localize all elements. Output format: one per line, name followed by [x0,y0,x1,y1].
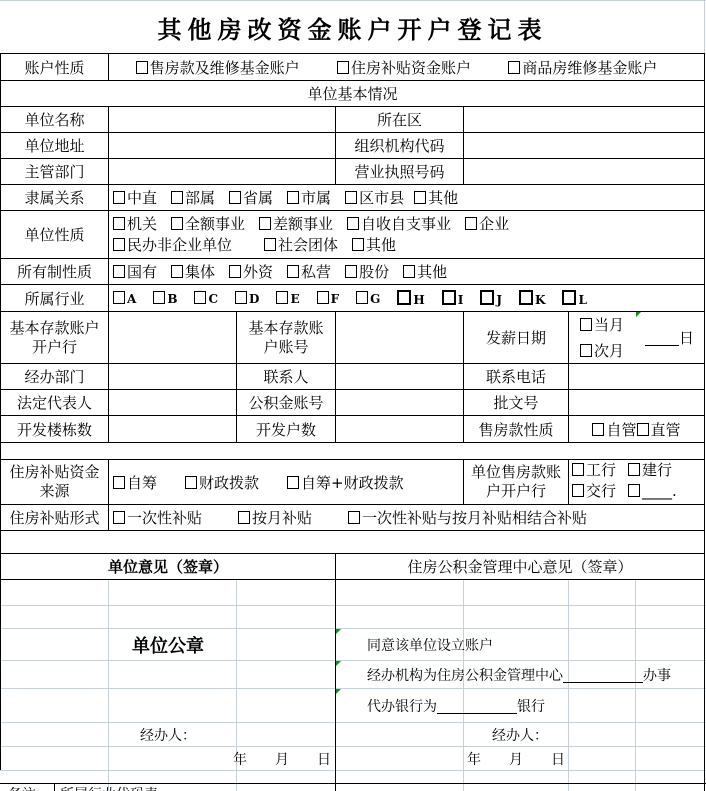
unit-nature-options: 机关 全额事业 差额事业 自收自支事业 企业 民办非企业单位 社会团体 其他 [108,210,705,259]
industry-option-b[interactable]: B [153,291,177,306]
form-title: 其他房改资金账户开户登记表 [1,1,704,53]
sale-nature-option-direct[interactable]: 直管 [637,419,681,440]
checkbox-icon[interactable] [136,61,148,74]
checkbox-icon[interactable] [337,61,349,74]
household-count-label: 开发户数 [236,415,336,443]
center-date: 年月日 [336,747,704,770]
checkbox-icon[interactable] [113,476,125,489]
pay-option-next-month[interactable]: 次月 [568,337,636,364]
section-basic-header: 单位基本情况 [0,80,705,107]
account-option-commercial[interactable]: 商品房维修基金账户 [508,57,657,78]
comment-marker [636,312,641,317]
checkbox-icon[interactable] [348,511,360,524]
checkbox-icon[interactable] [508,61,520,74]
industry-option-l[interactable]: L [562,290,586,307]
agency-blank[interactable] [563,667,643,683]
checkbox-icon[interactable] [259,217,271,230]
unit-seal: 单位公章 [2,625,334,665]
checkbox-icon[interactable] [171,217,183,230]
ownership-option[interactable]: 集体 [171,261,215,282]
spacer-row [0,442,705,460]
unit-handler-label: 经办人： [1,723,335,746]
account-nature-options: 售房款及维修基金账户 住房补贴资金账户 商品房维修基金账户 [108,53,705,81]
org-code-field[interactable] [463,132,705,159]
unit-nature-option[interactable]: 企业 [465,214,509,235]
checkbox-icon[interactable] [113,511,125,524]
fund-account-label: 公积金账号 [236,389,336,416]
license-no-field[interactable] [463,158,705,185]
checkbox-icon[interactable] [414,191,426,204]
industry-option-a[interactable]: A [113,291,136,306]
sale-nature-options: 自管 直管 [568,415,705,443]
affiliation-option[interactable]: 区市县 [345,187,404,208]
account-nature-label: 账户性质 [0,53,109,81]
ownership-option[interactable]: 外资 [229,261,273,282]
ownership-option[interactable]: 私营 [287,261,331,282]
unit-nature-option[interactable]: 其他 [352,235,396,256]
checkbox-icon[interactable] [480,290,494,305]
subsidy-source-option[interactable]: 自筹 [113,472,157,493]
subsidy-form-option[interactable]: 按月补贴 [238,507,312,528]
unit-nature-option[interactable]: 差额事业 [259,214,333,235]
ownership-label: 所有制性质 [0,258,109,285]
comment-marker [336,661,341,666]
checkbox-icon[interactable] [347,217,359,230]
checkbox-icon[interactable] [519,290,533,305]
handling-dept-label: 经办部门 [0,363,109,390]
subsidy-form-label: 住房补贴形式 [0,504,109,531]
supervisor-dept-field[interactable] [108,158,336,185]
checkbox-icon[interactable] [403,265,415,278]
checkbox-icon[interactable] [442,290,456,305]
deposit-bank-field[interactable] [108,311,237,364]
account-option-sale[interactable]: 售房款及维修基金账户 [136,57,300,78]
checkbox-icon[interactable] [113,217,125,230]
checkbox-icon[interactable] [345,265,357,278]
checkbox-icon[interactable] [628,463,640,476]
affiliation-option[interactable]: 省属 [229,187,273,208]
unit-nature-option[interactable]: 自收自支事业 [347,214,451,235]
checkbox-icon[interactable] [397,290,411,305]
checkbox-icon[interactable] [276,291,288,304]
checkbox-icon[interactable] [580,344,592,357]
ownership-option[interactable]: 股份 [345,261,389,282]
ownership-option[interactable]: 其他 [403,261,447,282]
checkbox-icon[interactable] [628,484,640,497]
unit-nature-label: 单位性质 [0,210,109,259]
industry-option-g[interactable]: G [356,291,380,306]
checkbox-icon[interactable] [572,484,584,497]
deposit-account-label: 基本存款账户账号 [236,311,336,364]
ownership-option[interactable]: 国有 [113,261,157,282]
pay-day-field[interactable]: 日 [635,311,705,364]
checkbox-icon[interactable] [562,290,576,305]
bank-blank[interactable] [437,698,517,714]
checkbox-icon[interactable] [171,191,183,204]
sale-account-bank-options: 工行 建行 交行 ____. [568,459,705,505]
sale-nature-option-self[interactable]: 自管 [592,419,636,440]
subsidy-form-options: 一次性补贴 按月补贴 一次性补贴与按月补贴相结合补贴 [108,504,705,531]
unit-nature-option[interactable]: 机关 [113,214,157,235]
unit-address-field[interactable] [108,132,336,159]
remarks-label: 备注 [2,784,54,791]
district-field[interactable] [463,106,705,133]
subsidy-source-options: 自筹 财政拨款 自筹+财政拨款 [108,459,464,505]
legal-rep-field[interactable] [108,389,237,416]
comment-marker [336,629,341,634]
unit-name-label: 单位名称 [0,106,109,133]
industry-option-h[interactable]: H [397,290,424,307]
subsidy-source-label: 住房补贴资金来源 [0,459,109,505]
bank-option-bocom[interactable]: 交行 [572,481,616,502]
unit-nature-option[interactable]: 民办非企业单位 [113,235,232,256]
industry-option-c[interactable]: C [194,291,218,306]
bank-option-other[interactable]: ____. [628,481,677,502]
fund-account-field[interactable] [335,389,464,416]
deposit-account-field[interactable] [335,311,464,364]
building-count-label: 开发楼栋数 [0,415,109,443]
handling-dept-field[interactable] [108,363,237,390]
checkbox-icon[interactable] [185,476,197,489]
affiliation-option[interactable]: 其他 [414,187,458,208]
sale-account-bank-label: 单位售房款账户开户行 [463,459,569,505]
industry-option-i[interactable]: I [442,290,464,307]
checkbox-icon[interactable] [113,238,125,251]
checkbox-icon[interactable] [572,463,584,476]
pay-option-current-month[interactable]: 当月 [568,311,636,338]
license-no-label: 营业执照号码 [335,158,464,185]
center-agency-text: 经办机构为住房公积金管理中心办事 [336,661,704,688]
ownership-options: 国有 集体 外资 私营 股份 其他 [108,258,705,285]
checkbox-icon[interactable] [287,191,299,204]
unit-nature-option[interactable]: 社会团体 [264,235,338,256]
spreadsheet: 其他房改资金账户开户登记表 账户性质 售房款及维修基金账户 住房补贴资金账户 商… [0,0,706,791]
district-label: 所在区 [335,106,464,133]
affiliation-option[interactable]: 中直 [113,187,157,208]
affiliation-options: 中直 部属 省属 市属 区市县 其他 [108,184,705,211]
checkbox-icon[interactable] [171,265,183,278]
sale-nature-label: 售房款性质 [463,415,569,443]
unit-opinion-header: 单位意见（签章） [0,553,336,580]
checkbox-icon[interactable] [345,191,357,204]
spacer-row [0,530,705,554]
affiliation-option[interactable]: 市属 [287,187,331,208]
supervisor-dept-label: 主管部门 [0,158,109,185]
border-right [704,579,705,791]
contact-phone-label: 联系电话 [463,363,569,390]
contact-phone-field[interactable] [568,363,705,390]
checkbox-icon[interactable] [235,291,247,304]
center-handler-label: 经办人： [336,723,704,746]
account-option-subsidy[interactable]: 住房补贴资金账户 [337,57,471,78]
center-opinion-header: 住房公积金管理中心意见（签章） [335,553,705,580]
org-code-label: 组织机构代码 [335,132,464,159]
deposit-bank-label: 基本存款账户开户行 [0,311,109,364]
checkbox-icon[interactable] [465,217,477,230]
industry-option-e[interactable]: E [276,291,299,306]
checkbox-icon[interactable] [229,265,241,278]
industry-code-table-label: 所属行业代码表 [54,784,234,791]
affiliation-option[interactable]: 部属 [171,187,215,208]
checkbox-icon[interactable] [238,511,250,524]
divider [54,783,55,791]
center-bank-text: 代办银行为银行 [336,689,704,722]
industry-option-f[interactable]: F [317,291,340,306]
pay-date-label: 发薪日期 [463,311,569,364]
checkbox-icon[interactable] [194,291,206,304]
bank-option-ccb[interactable]: 建行 [628,460,672,481]
comment-marker [336,689,341,694]
industry-options: A B C D E F G H I J K L [108,284,705,312]
approval-no-field[interactable] [568,389,705,416]
checkbox-icon[interactable] [592,423,604,436]
subsidy-source-option[interactable]: 自筹+财政拨款 [287,472,404,493]
industry-option-k[interactable]: K [519,290,545,307]
checkbox-icon[interactable] [352,238,364,251]
industry-label: 所属行业 [0,284,109,312]
checkbox-icon[interactable] [580,318,592,331]
checkbox-icon[interactable] [637,423,649,436]
industry-option-d[interactable]: D [235,291,259,306]
checkbox-icon[interactable] [287,265,299,278]
legal-rep-label: 法定代表人 [0,389,109,416]
subsidy-source-option[interactable]: 财政拨款 [185,472,259,493]
unit-nature-option[interactable]: 全额事业 [171,214,245,235]
unit-date: 年月日 [1,747,335,770]
checkbox-icon[interactable] [287,476,299,489]
checkbox-icon[interactable] [229,191,241,204]
checkbox-icon[interactable] [153,291,165,304]
household-count-field[interactable] [335,415,464,443]
checkbox-icon[interactable] [264,238,276,251]
approval-no-label: 批文号 [463,389,569,416]
affiliation-label: 隶属关系 [0,184,109,211]
checkbox-icon[interactable] [113,291,125,304]
contact-person-label: 联系人 [236,363,336,390]
checkbox-icon[interactable] [113,191,125,204]
building-count-field[interactable] [108,415,237,443]
checkbox-icon[interactable] [317,291,329,304]
unit-address-label: 单位地址 [0,132,109,159]
center-approve-text: 同意该单位设立账户 [336,629,704,660]
unit-name-field[interactable] [108,106,336,133]
bank-option-icbc[interactable]: 工行 [572,460,616,481]
industry-option-j[interactable]: J [480,290,502,307]
checkbox-icon[interactable] [113,265,125,278]
subsidy-form-option[interactable]: 一次性补贴 [113,507,202,528]
subsidy-form-option[interactable]: 一次性补贴与按月补贴相结合补贴 [348,507,587,528]
checkbox-icon[interactable] [356,291,368,304]
contact-person-field[interactable] [335,363,464,390]
